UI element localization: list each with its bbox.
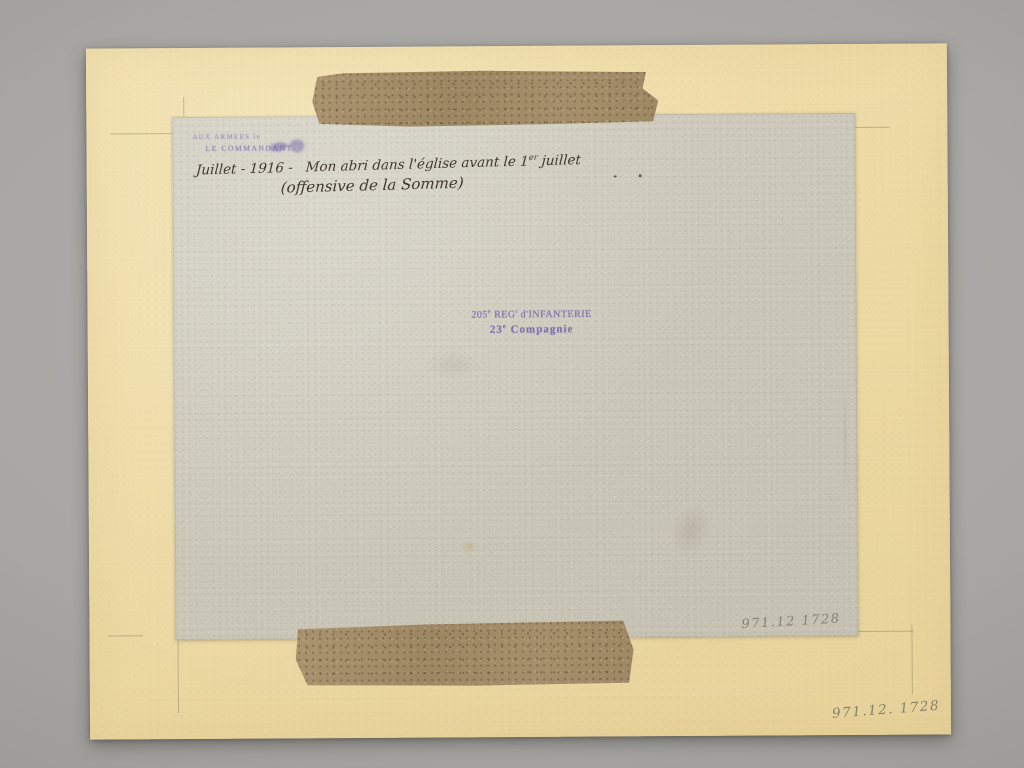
caption-line1-text: juillet: [537, 152, 581, 169]
inventory-number-mount: 971.12. 1728: [832, 698, 941, 722]
photo-backdrop: AUX ARMEES le LE COMMANDANT Juillet - 19…: [0, 0, 1024, 768]
company-number: 23: [490, 324, 503, 336]
regiment-number: 205: [471, 310, 488, 321]
paper-smudge: [424, 350, 484, 380]
stamp-aux-armees-line1: AUX ARMEES le: [192, 132, 292, 141]
photo-verso-paper: AUX ARMEES le LE COMMANDANT Juillet - 19…: [172, 113, 858, 640]
regiment-abbrev: REG: [491, 309, 516, 320]
tape-top: [312, 69, 658, 127]
ink-speck: [639, 174, 642, 177]
company-label: Compagnie: [507, 324, 574, 336]
stamp-regiment-line2: 23e Compagnie: [457, 323, 607, 337]
stamp-regiment: 205e REGt d'INFANTERIE 23e Compagnie: [456, 308, 606, 336]
paper-crease: [844, 381, 847, 496]
paper-smudge: [663, 497, 720, 563]
regiment-name: d'INFANTERIE: [518, 309, 592, 320]
stamp-signature-smudge: [289, 139, 304, 152]
tape-bottom: [295, 619, 633, 687]
ink-speck: [614, 175, 617, 177]
handwritten-caption: Juillet - 1916 - Mon abri dans l'église …: [194, 147, 716, 199]
inventory-number-paper: 971.12 1728: [741, 611, 841, 632]
pencil-crop-mark: [911, 625, 912, 695]
pencil-crop-mark: [178, 641, 179, 713]
pencil-crop-mark: [855, 631, 913, 632]
mount-board: AUX ARMEES le LE COMMANDANT Juillet - 19…: [86, 43, 951, 739]
stamp-regiment-line1: 205e REGt d'INFANTERIE: [456, 308, 606, 320]
pencil-crop-mark: [108, 635, 142, 636]
paper-stain: [461, 540, 477, 553]
